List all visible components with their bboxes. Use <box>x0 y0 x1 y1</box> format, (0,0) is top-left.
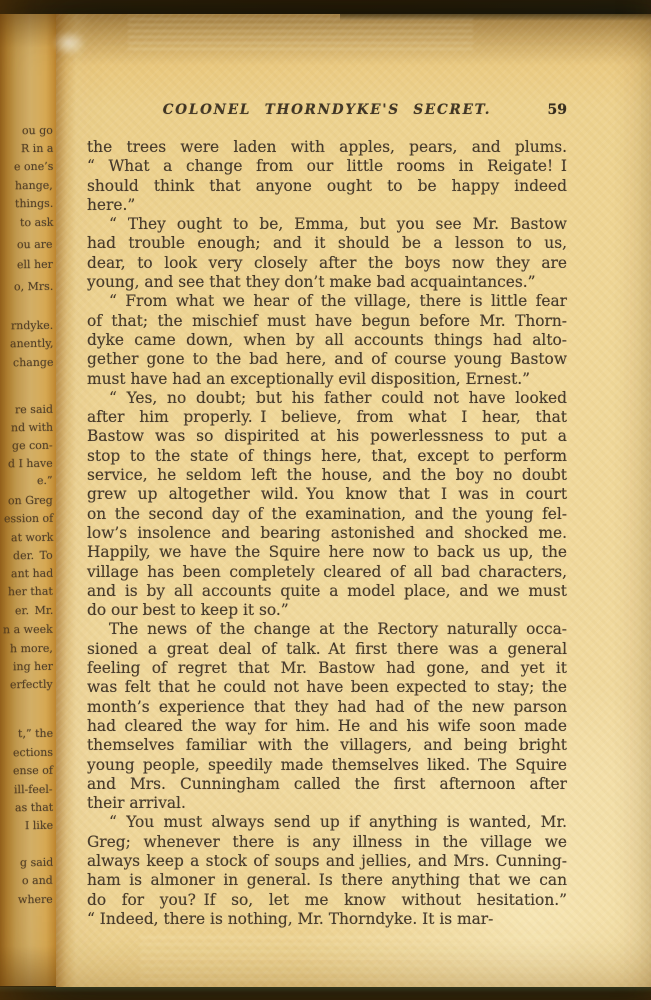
facing-page-fragment: t,” the <box>18 728 53 740</box>
text-line: “ You must always send up if anything is… <box>87 813 567 832</box>
text-line: “ Indeed, there is nothing, Mr. Thorndyk… <box>87 910 567 929</box>
text-line: sioned a great deal of talk. At first th… <box>87 640 567 659</box>
text-line: had cleared the way for him. He and his … <box>87 717 567 736</box>
text-line: young, and see that they don’t make bad … <box>87 273 567 292</box>
facing-page-fragment: er. Mr. <box>15 605 53 617</box>
facing-page-fragment: der. To <box>13 550 53 562</box>
text-line: do for you? If so, let me know without h… <box>87 891 567 910</box>
facing-page-fragment: nd with <box>11 422 53 434</box>
facing-page-fragment: as that <box>15 802 53 814</box>
facing-page-fragment: ou are <box>17 239 53 251</box>
photo-top-shadow <box>0 0 651 14</box>
facing-page-fragment: h more, <box>10 643 53 655</box>
page-number: 59 <box>548 102 567 118</box>
text-line: of that; the mischief must have begun be… <box>87 312 567 331</box>
text-line: “ What a change from our little rooms in… <box>87 157 567 176</box>
facing-page-fragment: her that <box>8 586 53 598</box>
text-line: month’s experience that they had had of … <box>87 698 567 717</box>
book-page: COLONEL THORNDYKE'S SECRET. 59 the trees… <box>56 10 651 987</box>
text-line: must have had an exceptionally evil disp… <box>87 370 567 389</box>
text-line: on the second day of the examination, an… <box>87 505 567 524</box>
text-line: dear, to look very closely after the boy… <box>87 254 567 273</box>
text-line: “ Yes, no doubt; but his father could no… <box>87 389 567 408</box>
text-line: feeling of regret that Mr. Bastow had go… <box>87 659 567 678</box>
facing-page-fragment: ing her <box>13 661 53 673</box>
body-text: the trees were laden with apples, pears,… <box>87 138 567 929</box>
text-line: low’s insolence and bearing astonished a… <box>87 524 567 543</box>
scanned-book-photo: COLONEL THORNDYKE'S SECRET. 59 the trees… <box>0 0 651 1000</box>
text-line: gether gone to the bad here, and of cour… <box>87 350 567 369</box>
text-line: Happily, we have the Squire here now to … <box>87 543 567 562</box>
facing-page-fragment: things. <box>15 198 53 210</box>
text-line: service, he seldom left the house, and t… <box>87 466 567 485</box>
text-line: always keep a stock of soups and jellies… <box>87 852 567 871</box>
facing-page-fragment: d I have <box>8 458 53 470</box>
facing-page-fragment: ell her <box>17 259 53 271</box>
facing-page-fragment: where <box>18 894 53 906</box>
photo-bottom-shadow <box>0 987 651 1000</box>
facing-page-fragment: ill-feel- <box>14 784 53 796</box>
facing-page-fragment: R in a <box>21 143 54 155</box>
facing-page-fragment: e one’s <box>14 161 53 173</box>
page-fold-highlight <box>52 30 86 56</box>
text-line: had trouble enough; and it should be a l… <box>87 234 567 253</box>
text-line: grew up altogether wild. You know that I… <box>87 485 567 504</box>
facing-page-fragment: e.” <box>37 475 53 487</box>
facing-page-fragment: at work <box>11 532 54 544</box>
facing-page-fragment: ou go <box>22 125 53 137</box>
text-line: their arrival. <box>87 794 567 813</box>
facing-page-fragment: hange, <box>15 180 53 192</box>
facing-page-fragment: re said <box>15 404 53 416</box>
facing-page-fragment: erfectly <box>10 679 53 691</box>
facing-page-fragment: o and <box>22 875 53 887</box>
facing-page-fragment: ant had <box>11 568 53 580</box>
text-line: and is by all accounts quite a model pla… <box>87 582 567 601</box>
running-title: COLONEL THORNDYKE'S SECRET. <box>87 102 567 118</box>
text-line: Bastow was so dispirited at his powerles… <box>87 427 567 446</box>
facing-page-fragment: I like <box>25 820 53 832</box>
facing-page-fragment: ections <box>13 747 53 759</box>
facing-page-fragment: o, Mrs. <box>14 281 53 293</box>
text-line: should think that anyone ought to be hap… <box>87 177 567 196</box>
facing-page-fragment: anently, <box>10 338 54 350</box>
text-line: after him properly. I believe, from what… <box>87 408 567 427</box>
text-line: was felt that he could not have been exp… <box>87 678 567 697</box>
text-line: do our best to keep it so.” <box>87 601 567 620</box>
text-line: here.” <box>87 196 567 215</box>
text-line: young people, speedily made themselves l… <box>87 756 567 775</box>
text-line: village has been completely cleared of a… <box>87 563 567 582</box>
facing-page-fragment: change <box>12 357 53 369</box>
facing-page-fragment: n a week <box>3 624 53 637</box>
text-line: “ They ought to be, Emma, but you see Mr… <box>87 215 567 234</box>
text-line: Greg; whenever there is any illness in t… <box>87 833 567 852</box>
page-header: COLONEL THORNDYKE'S SECRET. 59 <box>87 102 567 122</box>
text-line: The news of the change at the Rectory na… <box>87 620 567 639</box>
text-line: the trees were laden with apples, pears,… <box>87 138 567 157</box>
text-line: ham is almoner in general. Is there anyt… <box>87 871 567 890</box>
facing-page-fragment: ense of <box>13 765 53 777</box>
facing-page-fragment: g said <box>20 857 53 869</box>
facing-page-fragment: to ask <box>20 217 54 229</box>
text-line: “ From what we hear of the village, ther… <box>87 292 567 311</box>
facing-page-fragment: rndyke. <box>11 320 53 332</box>
facing-page-fragment: on Greg <box>8 495 53 507</box>
text-line: themselves familiar with the villagers, … <box>87 736 567 755</box>
text-line: and Mrs. Cunningham called the first aft… <box>87 775 567 794</box>
facing-page-fragment: ge con- <box>12 440 53 452</box>
text-line: dyke came down, when by all accounts thi… <box>87 331 567 350</box>
facing-page-edge: ou goR in ae one’shange,things.to askou … <box>0 8 56 986</box>
text-line: stop to the state of things here, that, … <box>87 447 567 466</box>
facing-page-fragment: ession of <box>4 513 53 526</box>
